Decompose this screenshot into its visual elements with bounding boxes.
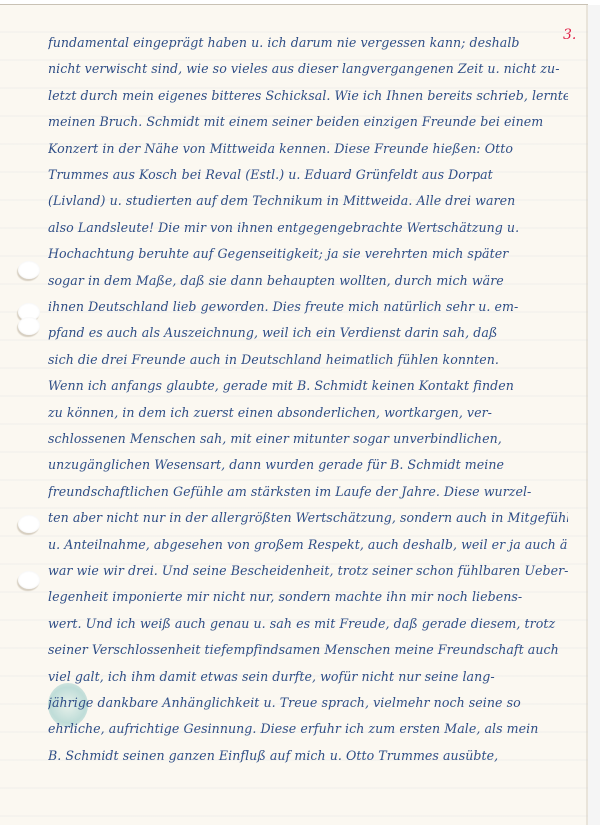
text-line: Hochachtung beruhte auf Gegenseitigkeit;… [48,246,568,261]
text-line: war wie wir drei. Und seine Bescheidenhe… [48,563,568,578]
text-line: schlossenen Menschen sah, mit einer mitu… [48,431,568,446]
text-line: unzugänglichen Wesensart, dann wurden ge… [48,457,568,472]
text-line: zu können, in dem ich zuerst einen abson… [48,405,568,420]
text-line: also Landsleute! Die mir von ihnen entge… [48,220,568,235]
punch-hole [18,317,40,335]
text-line: seiner Verschlossenheit tiefempfindsamen… [48,642,568,657]
text-line: ten aber nicht nur in der allergrößten W… [48,510,568,525]
text-line: wert. Und ich weiß auch genau u. sah es … [48,616,568,631]
punch-hole [18,515,40,533]
text-line: legenheit imponierte mir nicht nur, sond… [48,589,568,604]
text-line: freundschaftlichen Gefühle am stärksten … [48,484,568,499]
text-line: ehrliche, aufrichtige Gesinnung. Diese e… [48,721,568,736]
text-line: pfand es auch als Auszeichnung, weil ich… [48,325,568,340]
text-line: meinen Bruch. Schmidt mit einem seiner b… [48,114,568,129]
text-line: viel galt, ich ihm damit etwas sein durf… [48,669,568,684]
text-line: (Livland) u. studierten auf dem Techniku… [48,193,568,208]
text-line: sogar in dem Maße, daß sie dann behaupte… [48,273,568,288]
text-line: Konzert in der Nähe von Mittweida kennen… [48,141,568,156]
text-line: Trummes aus Kosch bei Reval (Estl.) u. E… [48,167,568,182]
text-line: fundamental eingeprägt haben u. ich daru… [48,35,568,50]
text-line: nicht verwischt sind, wie so vieles aus … [48,61,568,76]
text-line: u. Anteilnahme, abgesehen von großem Res… [48,537,568,552]
punch-hole [18,571,40,589]
text-line: Wenn ich anfangs glaubte, gerade mit B. … [48,378,568,393]
text-line: jährige dankbare Anhänglichkeit u. Treue… [48,695,568,710]
text-line: letzt durch mein eigenes bitteres Schick… [48,88,568,103]
text-line: sich die drei Freunde auch in Deutschlan… [48,352,568,367]
text-line: ihnen Deutschland lieb geworden. Dies fr… [48,299,568,314]
punch-hole [18,261,40,279]
text-line: B. Schmidt seinen ganzen Einfluß auf mic… [48,748,568,763]
letter-page: 3. fundamental eingeprägt haben u. ich d… [0,4,588,825]
